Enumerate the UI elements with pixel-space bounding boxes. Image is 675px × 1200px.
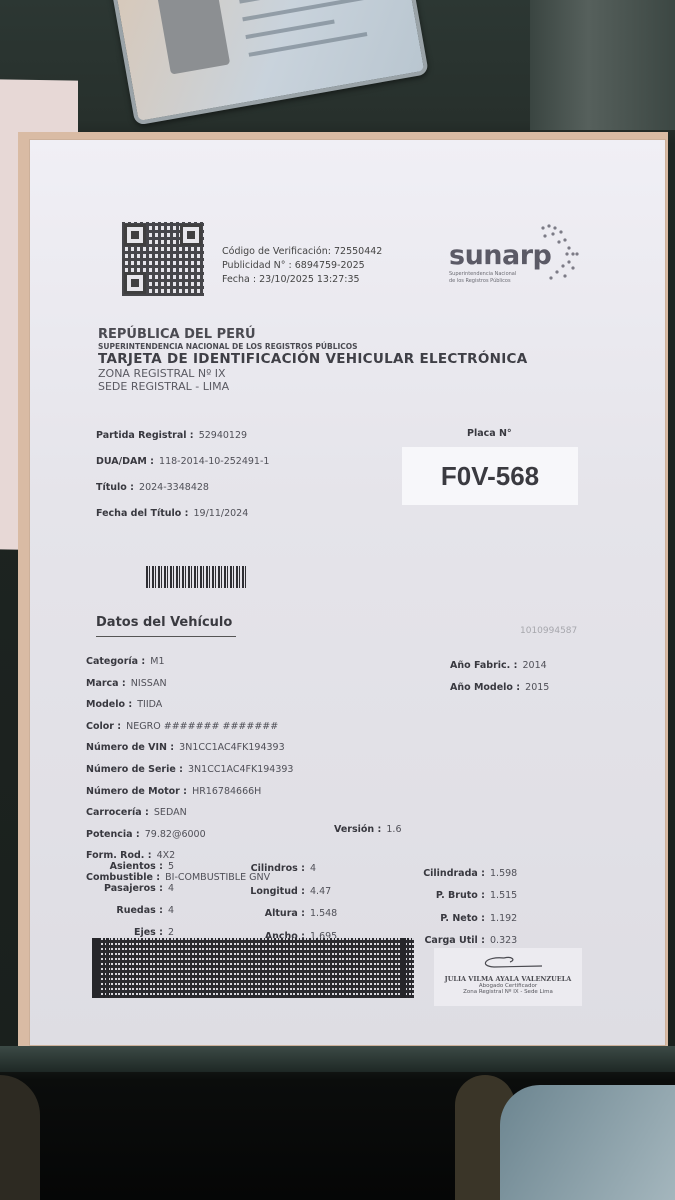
field-value: NEGRO ####### ####### (126, 721, 278, 732)
field-label: Potencia : (86, 829, 140, 840)
publicity-label: Publicidad N° : (222, 260, 292, 271)
date-label: Fecha : (222, 274, 256, 285)
background-object (530, 0, 675, 130)
signature-block: JULIA VILMA AYALA VALENZUELA Abogado Cer… (434, 948, 582, 1006)
qr-code-icon (122, 222, 204, 296)
publicity-number: 6894759-2025 (295, 260, 365, 271)
field-value: 1.192 (490, 909, 530, 928)
spec-row: Pasajeros : 4 (86, 876, 198, 898)
field-label: Partida Registral : (96, 430, 194, 441)
signature-mark-icon (474, 954, 544, 970)
spec-row: Ruedas : 4 (86, 898, 198, 920)
field-value: 79.82@6000 (145, 829, 206, 840)
field-value: 2024-3348428 (139, 482, 209, 493)
registry-row: Título : 2024-3348428 (96, 473, 269, 499)
republic-heading: REPÚBLICA DEL PERÚ (98, 327, 528, 342)
version-label: Versión : (334, 824, 381, 835)
field-label: Año Fabric. : (450, 660, 517, 671)
section-divider (96, 636, 236, 637)
spec-row: Cilindros : 4 (224, 856, 350, 879)
pdf417-barcode (92, 938, 414, 998)
field-label: DUA/DAM : (96, 456, 154, 467)
vehicle-field-row: Modelo : TIIDA (86, 693, 293, 715)
spec-row: Longitud : 4.47 (224, 879, 350, 902)
field-value: 19/11/2024 (194, 508, 249, 519)
spec-row: P. Bruto : 1.515 (396, 883, 530, 905)
vehicle-year-row: Año Modelo : 2015 (450, 676, 549, 698)
field-value: 4.47 (310, 882, 350, 902)
field-label: Marca : (86, 678, 126, 689)
vehicle-field-row: Color : NEGRO ####### ####### (86, 715, 293, 737)
field-value: TIIDA (137, 699, 162, 710)
specs-col2-labels: Cilindros : 4Longitud : 4.47Altura : 1.5… (224, 856, 310, 946)
field-value: 5 (168, 857, 198, 876)
verification-code: 72550442 (334, 246, 382, 257)
date-value: 23/10/2025 13:27:35 (259, 274, 359, 285)
superintendence-heading: SUPERINTENDENCIA NACIONAL DE LOS REGISTR… (98, 342, 528, 351)
field-value: SEDAN (154, 807, 187, 818)
field-label: Número de Serie : (86, 764, 183, 775)
vehicle-field-row: Número de VIN : 3N1CC1AC4FK194393 (86, 736, 293, 758)
field-label: Año Modelo : (450, 682, 520, 693)
field-value: 2015 (525, 682, 549, 693)
spec-row: P. Neto : 1.192 (396, 906, 530, 928)
specs-col1-labels: Asientos : 5Pasajeros : 4Ruedas : 4Ejes … (86, 854, 168, 942)
field-label: Título : (96, 482, 134, 493)
vehicle-year-row: Año Fabric. : 2014 (450, 654, 549, 676)
field-value: M1 (150, 656, 164, 667)
vehicle-fields: Categoría : M1Marca : NISSANModelo : TII… (86, 650, 293, 888)
field-value: 118-2014-10-252491-1 (159, 456, 269, 467)
field-label: Ejes : (134, 927, 163, 938)
background-object (500, 1085, 675, 1200)
card-title: TARJETA DE IDENTIFICACIÓN VEHICULAR ELEC… (98, 351, 528, 367)
plate-box: F0V-568 (402, 447, 578, 505)
field-label: Asientos : (110, 861, 163, 872)
field-label: Cilindrada : (423, 868, 485, 879)
spec-row: Carga Util : 0.323 (396, 928, 530, 950)
sun-rays-icon (535, 222, 580, 282)
field-value: 1.598 (490, 864, 530, 883)
photo-placeholder (157, 0, 230, 75)
barcode-icon (146, 566, 246, 588)
registry-zone: ZONA REGISTRAL Nº IX (98, 367, 528, 380)
version-row: Versión : 1.6 (334, 817, 401, 836)
field-value: 2014 (522, 660, 546, 671)
field-label: P. Bruto : (436, 890, 485, 901)
registry-row: DUA/DAM : 118-2014-10-252491-1 (96, 447, 269, 473)
field-label: P. Neto : (440, 913, 485, 924)
spec-row: Asientos : 5 (86, 854, 198, 876)
registry-row: Fecha del Título : 19/11/2024 (96, 499, 269, 525)
registry-info: Partida Registral : 52940129DUA/DAM : 11… (96, 421, 269, 525)
specs-col3-labels: Cilindrada : 1.598P. Bruto : 1.515P. Net… (396, 861, 490, 950)
field-value: NISSAN (131, 678, 167, 689)
field-value: 1.548 (310, 904, 350, 924)
signer-office: Zona Registral Nº IX - Sede Lima (434, 989, 582, 995)
plate-label: Placa N° (467, 428, 512, 439)
field-value: 3N1CC1AC4FK194393 (188, 764, 293, 775)
vehicle-field-row: Potencia : 79.82@6000 (86, 823, 293, 845)
field-label: Número de VIN : (86, 742, 174, 753)
field-label: Pasajeros : (104, 883, 163, 894)
field-label: Longitud : (250, 886, 305, 897)
background-object (0, 1075, 40, 1200)
spec-row: Altura : 1.548 (224, 901, 350, 924)
spec-row: Cilindrada : 1.598 (396, 861, 530, 883)
document-titles: REPÚBLICA DEL PERÚ SUPERINTENDENCIA NACI… (98, 327, 528, 393)
field-label: Cilindros : (251, 863, 305, 874)
field-value: 52940129 (199, 430, 247, 441)
signer-name: JULIA VILMA AYALA VALENZUELA (434, 975, 582, 983)
field-label: Carrocería : (86, 807, 149, 818)
plate-number: F0V-568 (402, 447, 578, 505)
field-value: 3N1CC1AC4FK194393 (179, 742, 284, 753)
field-value: 4 (168, 901, 198, 920)
vehicle-field-row: Carrocería : SEDAN (86, 801, 293, 823)
vehicle-field-row: Número de Motor : HR16784666H (86, 780, 293, 802)
verification-code-label: Código de Verificación: (222, 246, 331, 257)
field-label: Ruedas : (116, 905, 163, 916)
field-label: Fecha del Título : (96, 508, 188, 519)
vehicle-field-row: Categoría : M1 (86, 650, 293, 672)
version-value: 1.6 (386, 824, 401, 835)
field-label: Número de Motor : (86, 786, 187, 797)
vehicle-section-title: Datos del Vehículo (96, 615, 232, 630)
verification-info: Código de Verificación: 72550442 Publici… (222, 245, 382, 287)
document-serial: 1010994587 (520, 626, 577, 636)
field-label: Carga Util : (424, 935, 484, 946)
field-value: HR16784666H (192, 786, 261, 797)
vehicle-field-row: Número de Serie : 3N1CC1AC4FK194393 (86, 758, 293, 780)
vehicle-years: Año Fabric. : 2014Año Modelo : 2015 (450, 654, 549, 697)
registry-row: Partida Registral : 52940129 (96, 421, 269, 447)
registry-office: SEDE REGISTRAL - LIMA (98, 380, 528, 393)
field-label: Altura : (265, 908, 305, 919)
sleeve-edge (0, 1046, 675, 1072)
field-label: Color : (86, 721, 121, 732)
field-value: 4 (310, 859, 350, 879)
field-value: 1.515 (490, 886, 530, 905)
field-value: 4 (168, 879, 198, 898)
field-label: Modelo : (86, 699, 132, 710)
vehicle-field-row: Marca : NISSAN (86, 672, 293, 694)
field-label: Categoría : (86, 656, 145, 667)
